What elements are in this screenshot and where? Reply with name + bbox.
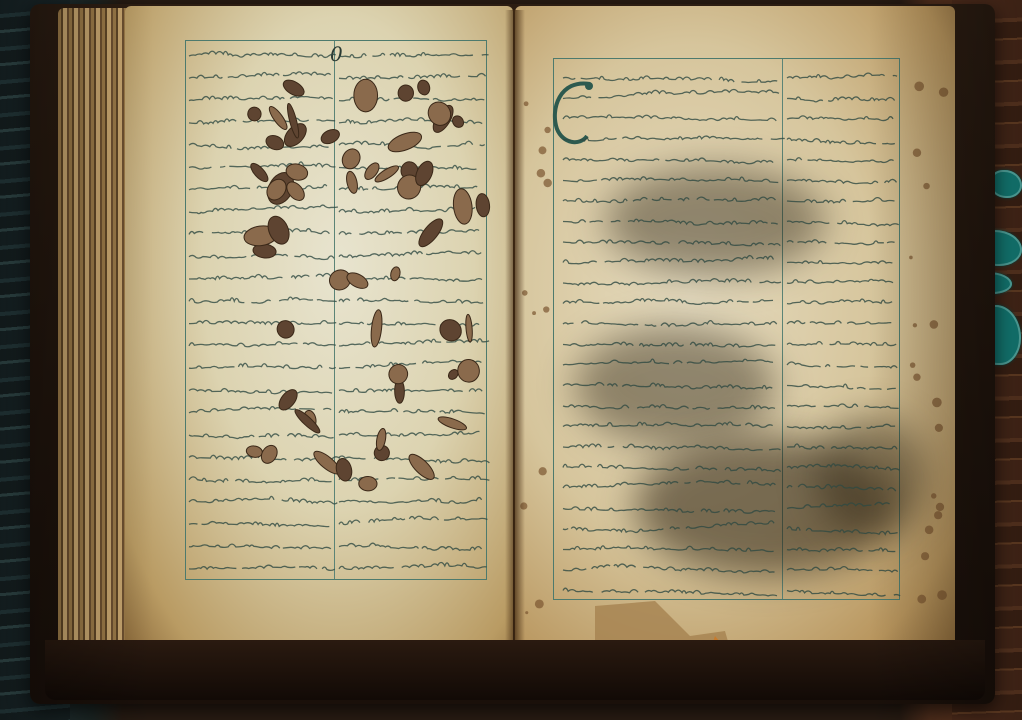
- foxing-spot: [925, 526, 934, 535]
- handwriting-line: [189, 565, 335, 570]
- handwriting-line: [189, 544, 340, 549]
- foxing-spot: [543, 179, 551, 187]
- foxing-spot: [936, 503, 944, 511]
- foxing-spot: [535, 599, 544, 608]
- handwriting-line: [787, 240, 895, 245]
- burn-hole: [475, 193, 491, 218]
- foxing-spot: [913, 374, 920, 381]
- handwriting-line: [563, 240, 780, 246]
- foxing-spot: [937, 590, 947, 600]
- foxing-spot: [532, 311, 536, 315]
- handwriting-line: [189, 496, 337, 503]
- handwriting-line: [563, 115, 776, 121]
- foxing-spot: [930, 320, 939, 329]
- handwriting-line: [563, 136, 785, 141]
- foxing-spots: [515, 6, 955, 651]
- handwriting-line: [189, 143, 334, 149]
- handwriting-line: [563, 342, 775, 347]
- handwriting-line: [787, 73, 897, 79]
- handwriting-line: [339, 409, 485, 414]
- handwriting-line: [787, 484, 902, 491]
- foxing-spot: [544, 127, 550, 133]
- handwriting-line: [189, 96, 333, 100]
- foxing-spot: [525, 611, 528, 614]
- foxing-spot: [913, 323, 917, 327]
- burn-hole: [319, 127, 342, 147]
- handwriting-line: [189, 389, 332, 394]
- handwriting-line: [189, 51, 336, 57]
- burn-hole: [389, 266, 401, 282]
- handwriting-line: [339, 339, 489, 346]
- foxing-spot: [917, 595, 926, 604]
- handwriting-line: [563, 219, 778, 225]
- right-page: [515, 6, 955, 651]
- handwriting-line: [339, 389, 482, 393]
- burn-hole: [386, 128, 425, 155]
- handwriting-line: [339, 251, 481, 258]
- burn-hole: [248, 161, 271, 185]
- handwriting-line: [787, 97, 895, 102]
- foxing-spot: [935, 424, 943, 432]
- handwriting-line: [787, 179, 896, 183]
- burn-hole: [281, 77, 307, 99]
- foxing-spot: [939, 87, 948, 96]
- burn-hole: [345, 170, 360, 194]
- handwriting-line: [787, 444, 897, 449]
- handwriting-line: [189, 118, 335, 124]
- handwriting-line: [787, 299, 892, 304]
- left-page: 0: [125, 6, 513, 651]
- foxing-spot: [921, 552, 929, 560]
- handwriting-line: [563, 256, 773, 264]
- handwriting-line: [787, 198, 894, 203]
- handwriting-line: [563, 480, 775, 488]
- burn-hole: [359, 476, 378, 491]
- handwriting-line: [563, 279, 781, 286]
- handwriting-line: [339, 230, 483, 235]
- handwriting-line: [787, 261, 892, 265]
- burn-hole: [452, 188, 475, 226]
- handwriting-line: [563, 546, 774, 552]
- handwriting-line: [339, 74, 486, 80]
- handwriting-line: [787, 158, 894, 163]
- handwriting-line: [339, 516, 487, 524]
- burn-hole: [416, 79, 431, 96]
- foxing-spot: [537, 169, 546, 178]
- handwriting-line: [787, 321, 891, 324]
- burn-hole: [334, 457, 354, 483]
- handwriting-line: [563, 321, 780, 327]
- burn-hole: [258, 442, 280, 466]
- foxing-spot: [913, 149, 921, 157]
- handwriting-line: [563, 76, 777, 83]
- handwriting-line: [563, 177, 778, 183]
- handwriting-line: [787, 548, 895, 552]
- handwriting-line: [787, 138, 895, 144]
- handwriting-line: [189, 320, 336, 324]
- foxing-spot: [910, 362, 916, 368]
- handwriting-line: [563, 359, 773, 365]
- foxing-spot: [923, 183, 929, 189]
- handwriting-line: [787, 221, 899, 226]
- burn-hole: [247, 106, 262, 122]
- handwriting-line: [189, 522, 329, 527]
- foxing-spot: [932, 398, 942, 408]
- handwriting-line: [189, 185, 336, 190]
- handwriting-line: [563, 444, 780, 451]
- handwriting-line: [787, 116, 902, 121]
- handwriting-line: [563, 507, 775, 513]
- handwriting-line: [189, 477, 337, 483]
- handwriting-line: [563, 588, 777, 596]
- burn-hole: [354, 79, 378, 112]
- burn-holes: [125, 6, 513, 651]
- handwriting-line: [339, 53, 489, 58]
- handwriting-line: [787, 424, 895, 429]
- handwriting-line: [787, 590, 908, 596]
- burn-hole: [267, 104, 290, 132]
- handwriting-line: [787, 384, 896, 389]
- handwriting-line: [787, 342, 896, 346]
- handwriting-line: [563, 89, 779, 98]
- burn-hole: [264, 133, 286, 153]
- handwriting-line: [787, 527, 898, 535]
- burn-hole: [465, 314, 473, 342]
- handwriting-line: [787, 502, 890, 508]
- handwriting-line: [787, 464, 900, 470]
- handwriting-line: [787, 404, 899, 408]
- handwriting-line: [563, 158, 779, 164]
- handwriting-line: [189, 434, 334, 439]
- handwriting-line: [563, 422, 773, 427]
- handwriting-line: [189, 297, 337, 303]
- handwriting-line: [339, 298, 483, 303]
- foxing-spot: [539, 146, 547, 154]
- foxing-spot: [909, 256, 913, 260]
- handwriting-line: [339, 498, 482, 504]
- photo-scene: 0: [0, 0, 1022, 720]
- foxing-spot: [914, 81, 924, 91]
- foxing-spot: [539, 467, 547, 475]
- handwriting-line: [339, 543, 482, 550]
- handwriting-line: [189, 342, 336, 347]
- handwriting-line: [339, 431, 485, 436]
- handwriting-line: [189, 363, 336, 368]
- handwriting-line: [563, 383, 772, 389]
- handwriting-line: [339, 563, 487, 570]
- handwriting-line: [563, 564, 775, 573]
- handwriting-line: [563, 405, 782, 410]
- burn-hole: [424, 98, 455, 130]
- handwriting-line: [189, 274, 335, 280]
- foxing-spot: [934, 511, 942, 519]
- handwriting-line: [787, 279, 893, 283]
- handwriting-line: [787, 362, 897, 368]
- burn-hole: [437, 414, 468, 432]
- handwriting-line: [189, 205, 338, 214]
- handwriting-line: [563, 521, 774, 533]
- handwriting-line: [563, 464, 781, 471]
- handwriting-line: [787, 567, 898, 572]
- handwriting-line: [189, 72, 331, 78]
- foxing-spot: [931, 493, 936, 498]
- foxing-spot: [543, 306, 549, 312]
- burn-hole: [405, 451, 438, 484]
- book-gutter: [505, 10, 525, 660]
- handwriting-line: [563, 197, 775, 203]
- book-cover-bottom: [45, 640, 985, 700]
- handwriting-line: [563, 298, 773, 304]
- burn-hole: [398, 85, 414, 102]
